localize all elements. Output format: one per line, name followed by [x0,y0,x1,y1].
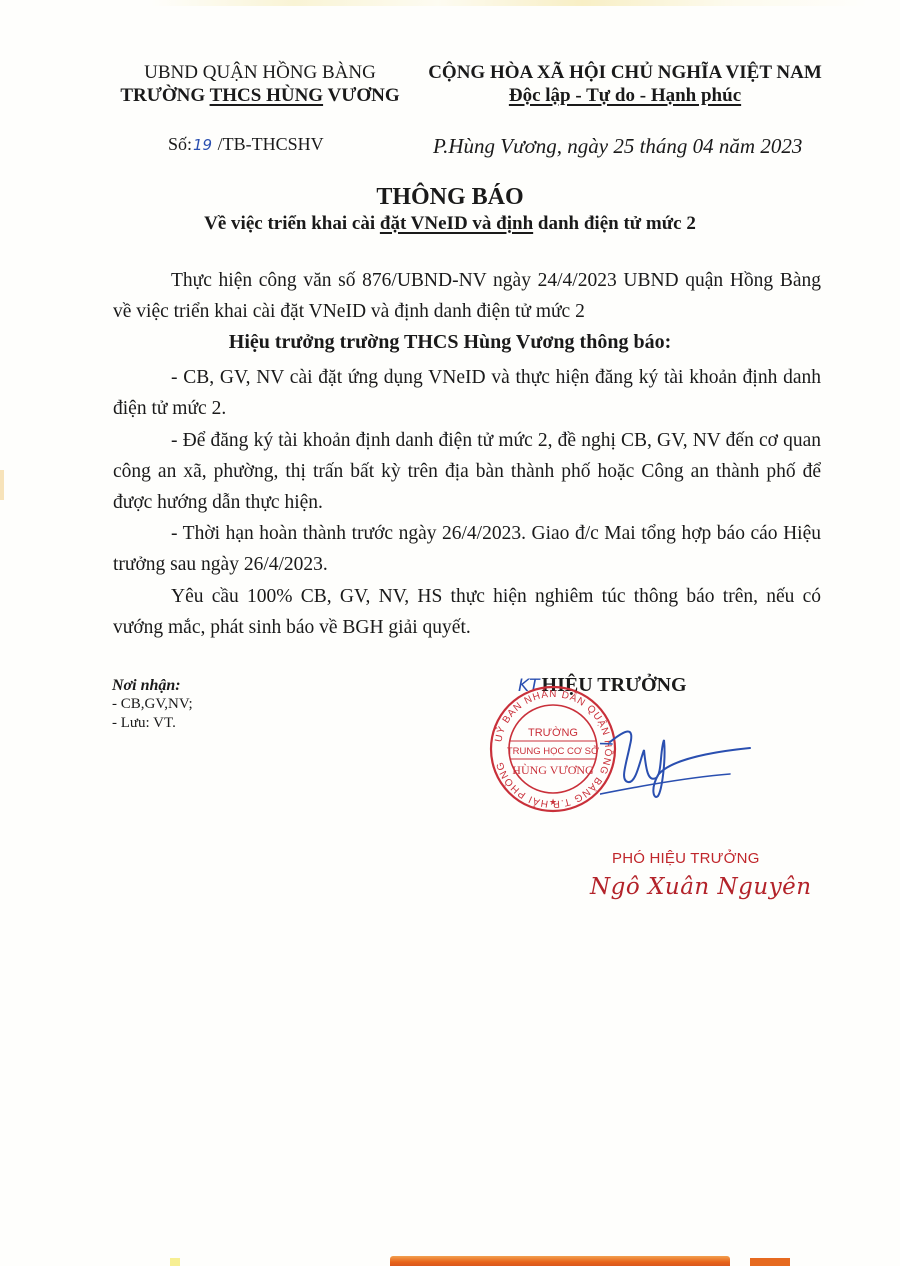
subtitle-underlined: đặt VNeID và định [380,213,533,234]
document-number-handwritten: 19 [192,136,213,154]
issuing-authority: UBND QUẬN HỒNG BÀNG [100,61,420,85]
stamp-line-1: TRƯỜNG [528,726,578,739]
intro-paragraph: Thực hiện công văn số 876/UBND-NV ngày 2… [113,265,821,327]
school-name: TRƯỜNG THCS HÙNG VƯƠNG [100,84,420,108]
document-date: P.Hùng Vương, ngày 25 tháng 04 năm 2023 [433,134,802,159]
subtitle-suffix: danh điện tử mức 2 [533,213,696,234]
scan-edge-left [0,470,4,500]
recipients-block: Nơi nhận: - CB,GV,NV; - Lưu: VT. [112,676,193,733]
handwritten-signature [600,720,760,800]
official-stamp: UỶ BAN NHÂN DÂN QUẬN HỒNG BÀNG T.P HẢI P… [488,684,618,814]
scan-edge-top [150,0,870,6]
vice-principal-title: PHÓ HIỆU TRƯỞNG [612,850,760,867]
announce-item-2: - Để đăng ký tài khoản định danh điện tử… [113,425,821,518]
vice-principal-name: Ngô Xuân Nguyên [590,874,812,900]
recipients-label: Nơi nhận: [112,676,193,695]
document-subtitle: Về việc triển khai cài đặt VNeID và định… [0,213,900,235]
national-title: CỘNG HÒA XÃ HỘI CHỦ NGHĨA VIỆT NAM [420,61,830,85]
subtitle-prefix: Về việc triển khai cài [204,213,380,234]
document-number-prefix: Số: [168,134,192,154]
scan-edge-bottom-mark [170,1258,180,1266]
stamp-star-icon: ★ [549,797,557,807]
announce-item-3: - Thời hạn hoàn thành trước ngày 26/4/20… [113,518,821,580]
closing-paragraph: Yêu cầu 100% CB, GV, NV, HS thực hiện ng… [113,581,821,643]
national-motto: Độc lập - Tự do - Hạnh phúc [420,84,830,108]
scan-edge-bottom-mark-2 [750,1258,790,1266]
recipient-item: - Lưu: VT. [112,714,193,733]
stamp-line-2: TRUNG HỌC CƠ SỞ [507,745,599,757]
school-name-underlined: THCS HÙNG [210,85,324,106]
document-title: THÔNG BÁO [0,184,900,211]
announce-item-1: - CB, GV, NV cài đặt ứng dụng VNeID và t… [113,362,821,424]
national-motto-text: Độc lập - Tự do - Hạnh phúc [509,85,741,106]
school-name-suffix: VƯƠNG [323,85,400,106]
announce-heading: Hiệu trưởng trường THCS Hùng Vương thông… [0,331,900,354]
school-name-prefix: TRƯỜNG [120,85,209,106]
document-number: Số:19 /TB-THCSHV [168,134,324,155]
scan-edge-bottom [390,1256,730,1266]
recipient-item: - CB,GV,NV; [112,695,193,714]
stamp-line-3: HÙNG VƯƠNG [512,763,594,777]
document-number-suffix: /TB-THCSHV [213,134,324,154]
